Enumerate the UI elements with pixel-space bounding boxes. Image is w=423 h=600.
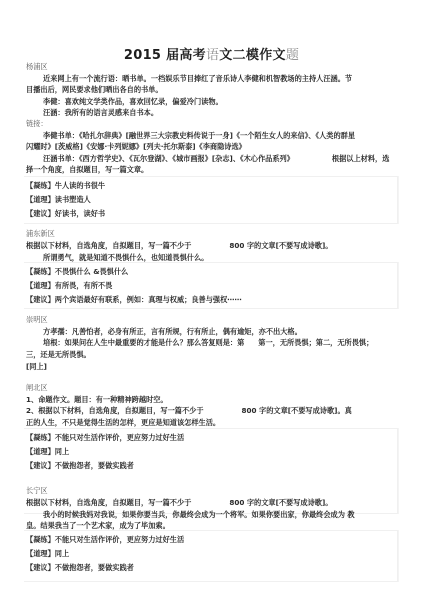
box-jianyi: 【建议】不做抱怨者，要做实践者 — [26, 461, 134, 470]
paragraph-line: 培根：如果问在人生中最重要的才能是什么？那么答复则是：第第一，无所畏惧；第二，无… — [43, 338, 373, 347]
line-text: 汪涵书单：《西方哲学史》、《瓦尔登湖》、《城市画报》[杂志]、《木心作品系列》 — [43, 154, 294, 163]
title-text: 2015 届高考 — [124, 48, 206, 63]
line-text: 第一，无所畏惧；第二，无所畏惧； — [258, 338, 373, 347]
paragraph-line: 方孝孺：凡善怕者，必身有所正，言有所规，行有所止，偶有逾矩，亦不出大格。 — [43, 327, 302, 336]
page-title: 2015 届高考语文二模作文题 — [0, 44, 423, 63]
box-ningyan: 【凝练】不能只对生活作评价，更应努力过好生活 — [26, 433, 184, 442]
paragraph-line: 闪耀时》[茨威格]《安娜·卡列妮娜》[列夫·托尔斯泰]《李商隐诗选》 — [26, 142, 246, 151]
paragraph-line: 汪涵书单：《西方哲学史》、《瓦尔登湖》、《城市画报》[杂志]、《木心作品系列》根… — [43, 154, 389, 163]
paragraph-line: 近来网上有一个流行语：晒书单。一档娱乐节目捧红了音乐诗人李健和机智教场的主持人汪… — [43, 74, 352, 83]
box-daoli: 【道理】同上 — [26, 447, 69, 456]
paragraph-line: 2、根据以下材料，自选角度，自拟题目，写一篇不少于800 字的文章[不要写成诗歌… — [26, 406, 352, 415]
district-heading: 浦东新区 — [26, 229, 55, 238]
paragraph-line: 我小的时候我妈对我说，如果你要当兵，你最终会成为一个将军。如果你要出家，你最终会… — [43, 510, 355, 519]
district-heading: 崇明区 — [26, 315, 48, 324]
paragraph-line: 皇。结果我当了一个艺术家，成为了毕加索。 — [26, 521, 170, 530]
line-text: 2、根据以下材料，自选角度，自拟题目，写一篇不少于 — [26, 406, 204, 415]
line-text: 培根：如果问在人生中最重要的才能是什么？那么答复则是：第 — [43, 338, 244, 347]
line-text: 800 字的文章[不要写成诗歌]。真 — [242, 406, 352, 415]
title-text: 语 — [206, 48, 219, 63]
paragraph-line: 目播出后，网民要求他们晒出各自的书单。 — [26, 85, 163, 94]
document-page: 2015 届高考语文二模作文题 杨浦区 近来网上有一个流行语：晒书单。一档娱乐节… — [0, 0, 423, 600]
box-daoli: 【道理】同上 — [26, 549, 69, 558]
paragraph-line: 李健：喜欢纯文学类作品，喜欢回忆录，偏爱冷门读物。 — [43, 97, 223, 106]
paragraph-line: 三，还是无所畏惧。 — [26, 350, 91, 359]
title-text: 文二模作文 — [219, 48, 286, 63]
box-daoli: 【道理】读书塑造人 — [26, 195, 91, 204]
paragraph-line: 李健书单：《哈扎尔辞典》[融世界三大宗教史料传说于一身]《一个陌生女人的来信》、… — [43, 131, 355, 140]
line-text: 根据以下材料，自选角度，自拟题目，写一篇不少于 — [26, 241, 191, 250]
link-label: 链接： — [26, 119, 48, 128]
box-jianyi: 【建议】两个宾语最好有联系，例如：真理与权威；良善与强权⋯⋯ — [26, 295, 242, 304]
paragraph-line: 所谓勇气，就是知道不畏惧什么，也知道畏惧什么。 — [43, 253, 208, 262]
line-text: 根据以下材料，自选角度，自拟题目，写一篇不少于 — [26, 498, 191, 507]
district-heading: 杨浦区 — [26, 62, 48, 71]
paragraph-line: 1、命题作文。题目：有一种精神跨越时空。 — [26, 395, 168, 404]
box-jianyi: 【建议】不做抱怨者，要做实践者 — [26, 563, 134, 572]
box-ningyan: 【凝练】不能只对生活作评价，更应努力过好生活 — [26, 535, 184, 544]
paragraph-line: 根据以下材料，自选角度，自拟题目，写一篇不少于800 字的文章[不要写成诗歌]。 — [26, 241, 332, 250]
paragraph-line: 汪涵：我所有的语言灵感来自书本。 — [43, 108, 158, 117]
paragraph-line: 根据以下材料，自选角度，自拟题目，写一篇不少于800 字的文章[不要写成诗歌]。 — [26, 498, 332, 507]
title-text: 题 — [286, 48, 299, 63]
district-heading: 闸北区 — [26, 383, 48, 392]
line-text: 800 字的文章[不要写成诗歌]。 — [229, 498, 332, 507]
line-text: 根据以上材料，选 — [332, 154, 390, 163]
paragraph-line: 正的人生，不只是觉得生活的怎样，更应是知道该怎样生活。 — [26, 418, 220, 427]
box-daoli: 【道理】有所畏，有所不畏 — [26, 281, 112, 290]
paragraph-line: [同上] — [26, 362, 47, 371]
box-ningyan: 【凝练】不畏惧什么 &畏惧什么 — [26, 267, 128, 276]
paragraph-line: 择一个角度，自拟题目，写一篇文章。 — [26, 165, 148, 174]
line-text: 800 字的文章[不要写成诗歌]。 — [229, 241, 332, 250]
box-ningyan: 【凝练】牛人读的书很牛 — [26, 181, 105, 190]
box-jianyi: 【建议】好读书，读好书 — [26, 209, 105, 218]
district-heading: 长宁区 — [26, 486, 48, 495]
